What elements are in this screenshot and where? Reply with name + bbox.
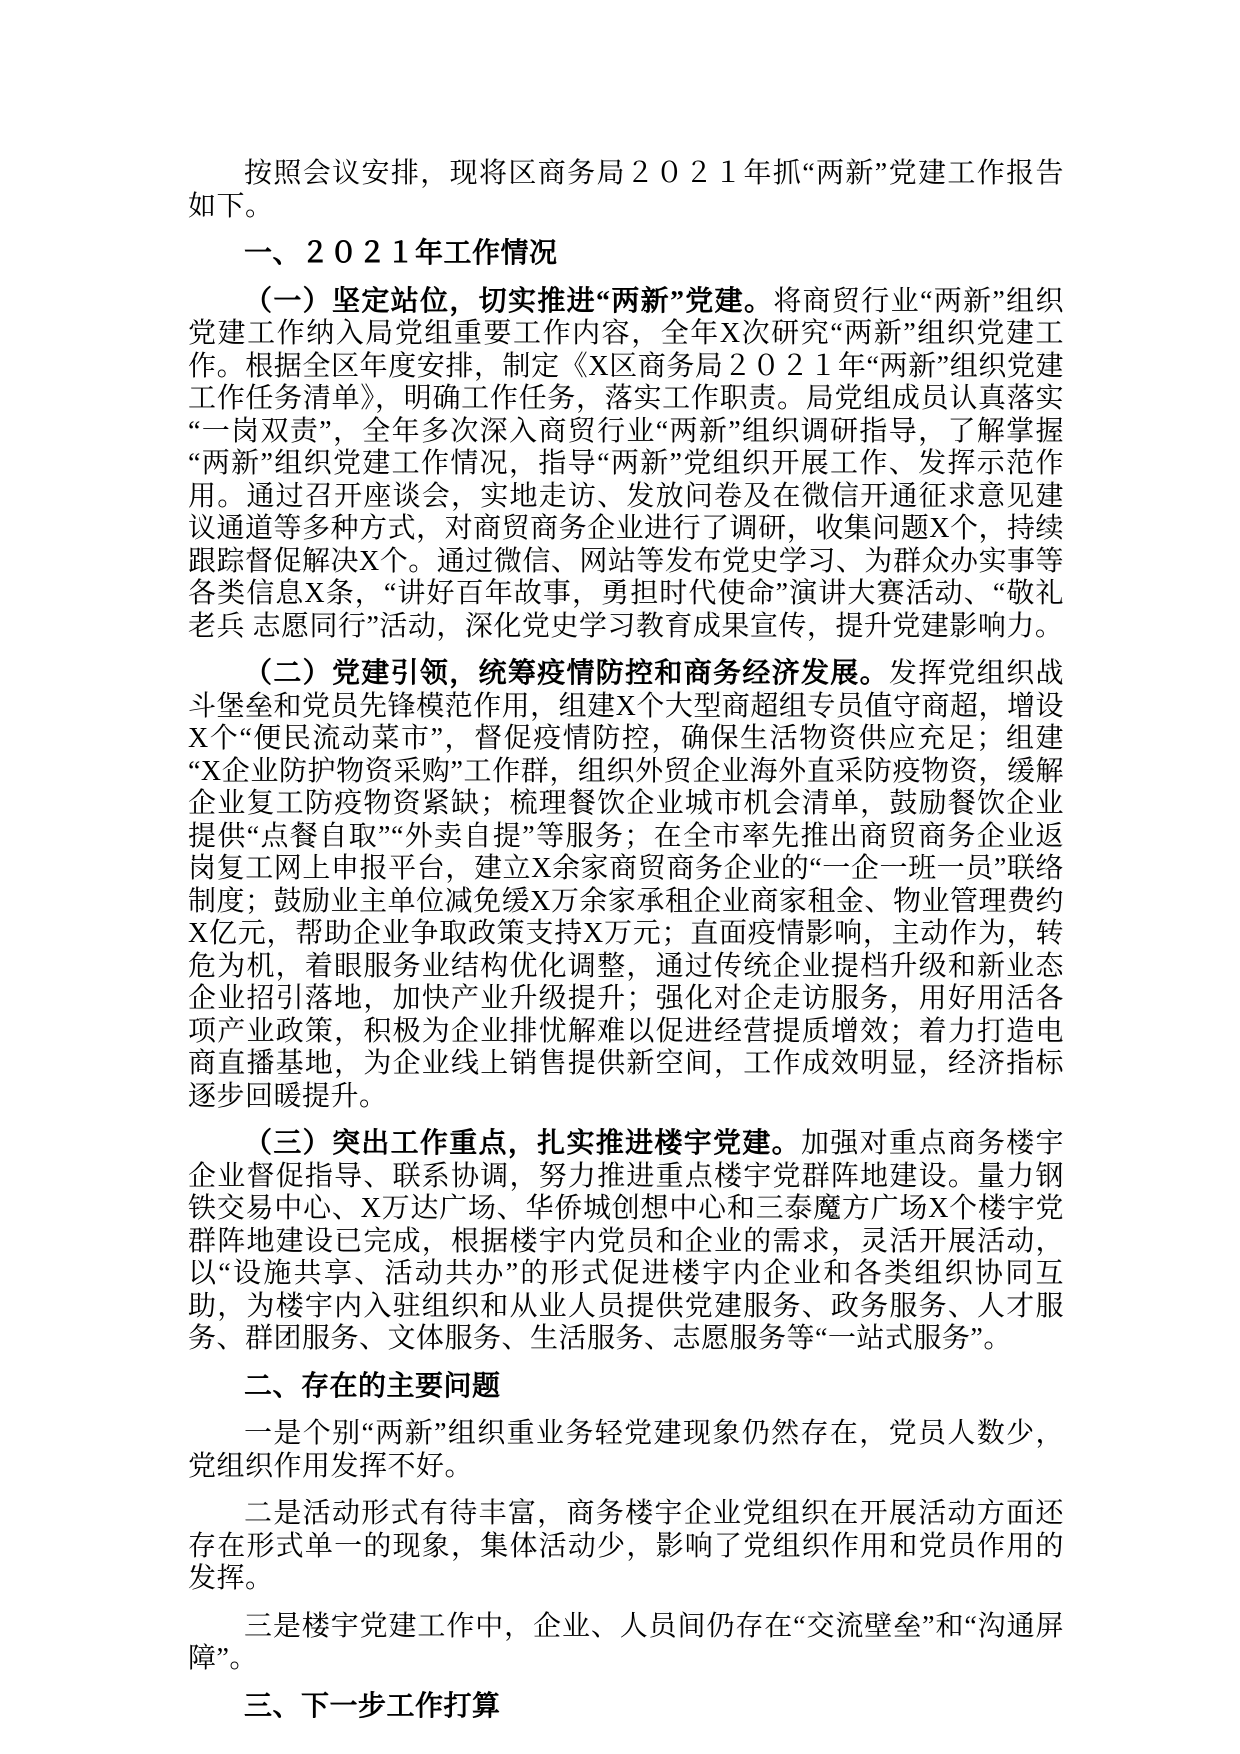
intro-paragraph: 按照会议安排，现将区商务局２０２１年抓“两新”党建工作报告如下。 (188, 158, 1064, 223)
section1-paragraph-2-lead: （二）党建引领，统筹疫情防控和商务经济发展。 (244, 658, 889, 689)
document-page: 按照会议安排，现将区商务局２０２１年抓“两新”党建工作报告如下。 一、２０２１年… (0, 0, 1240, 1754)
section1-paragraph-2: （二）党建引领，统筹疫情防控和商务经济发展。发挥党组织战斗堡垒和党员先锋模范作用… (188, 658, 1064, 1113)
section2-paragraph-1: 一是个别“两新”组织重业务轻党建现象仍然存在，党员人数少，党组织作用发挥不好。 (188, 1418, 1064, 1483)
section1-paragraph-1-body: 将商贸行业“两新”组织党建工作纳入局党组重要工作内容，全年X次研究“两新”组织党… (188, 286, 1064, 642)
section1-heading: 一、２０２１年工作情况 (188, 238, 1064, 271)
section1-paragraph-2-body: 发挥党组织战斗堡垒和党员先锋模范作用，组建X个大型商超组专员值守商超，增设X个“… (188, 658, 1064, 1112)
section1-paragraph-3: （三）突出工作重点，扎实推进楼宇党建。加强对重点商务楼宇企业督促指导、联系协调，… (188, 1128, 1064, 1356)
section2-paragraph-2: 二是活动形式有待丰富，商务楼宇企业党组织在开展活动方面还存在形式单一的现象，集体… (188, 1498, 1064, 1596)
section1-paragraph-3-body: 加强对重点商务楼宇企业督促指导、联系协调，努力推进重点楼宇党群阵地建设。量力钢铁… (188, 1128, 1064, 1354)
section2-heading: 二、存在的主要问题 (188, 1371, 1064, 1404)
section2-paragraph-3: 三是楼宇党建工作中，企业、人员间仍存在“交流壁垒”和“沟通屏障”。 (188, 1611, 1064, 1676)
document-body: 按照会议安排，现将区商务局２０２１年抓“两新”党建工作报告如下。 一、２０２１年… (188, 158, 1064, 1738)
section1-paragraph-3-lead: （三）突出工作重点，扎实推进楼宇党建。 (244, 1128, 801, 1159)
section1-paragraph-1-lead: （一）坚定站位，切实推进“两新”党建。 (244, 286, 773, 317)
section3-heading: 三、下一步工作打算 (188, 1691, 1064, 1724)
section1-paragraph-1: （一）坚定站位，切实推进“两新”党建。将商贸行业“两新”组织党建工作纳入局党组重… (188, 286, 1064, 644)
